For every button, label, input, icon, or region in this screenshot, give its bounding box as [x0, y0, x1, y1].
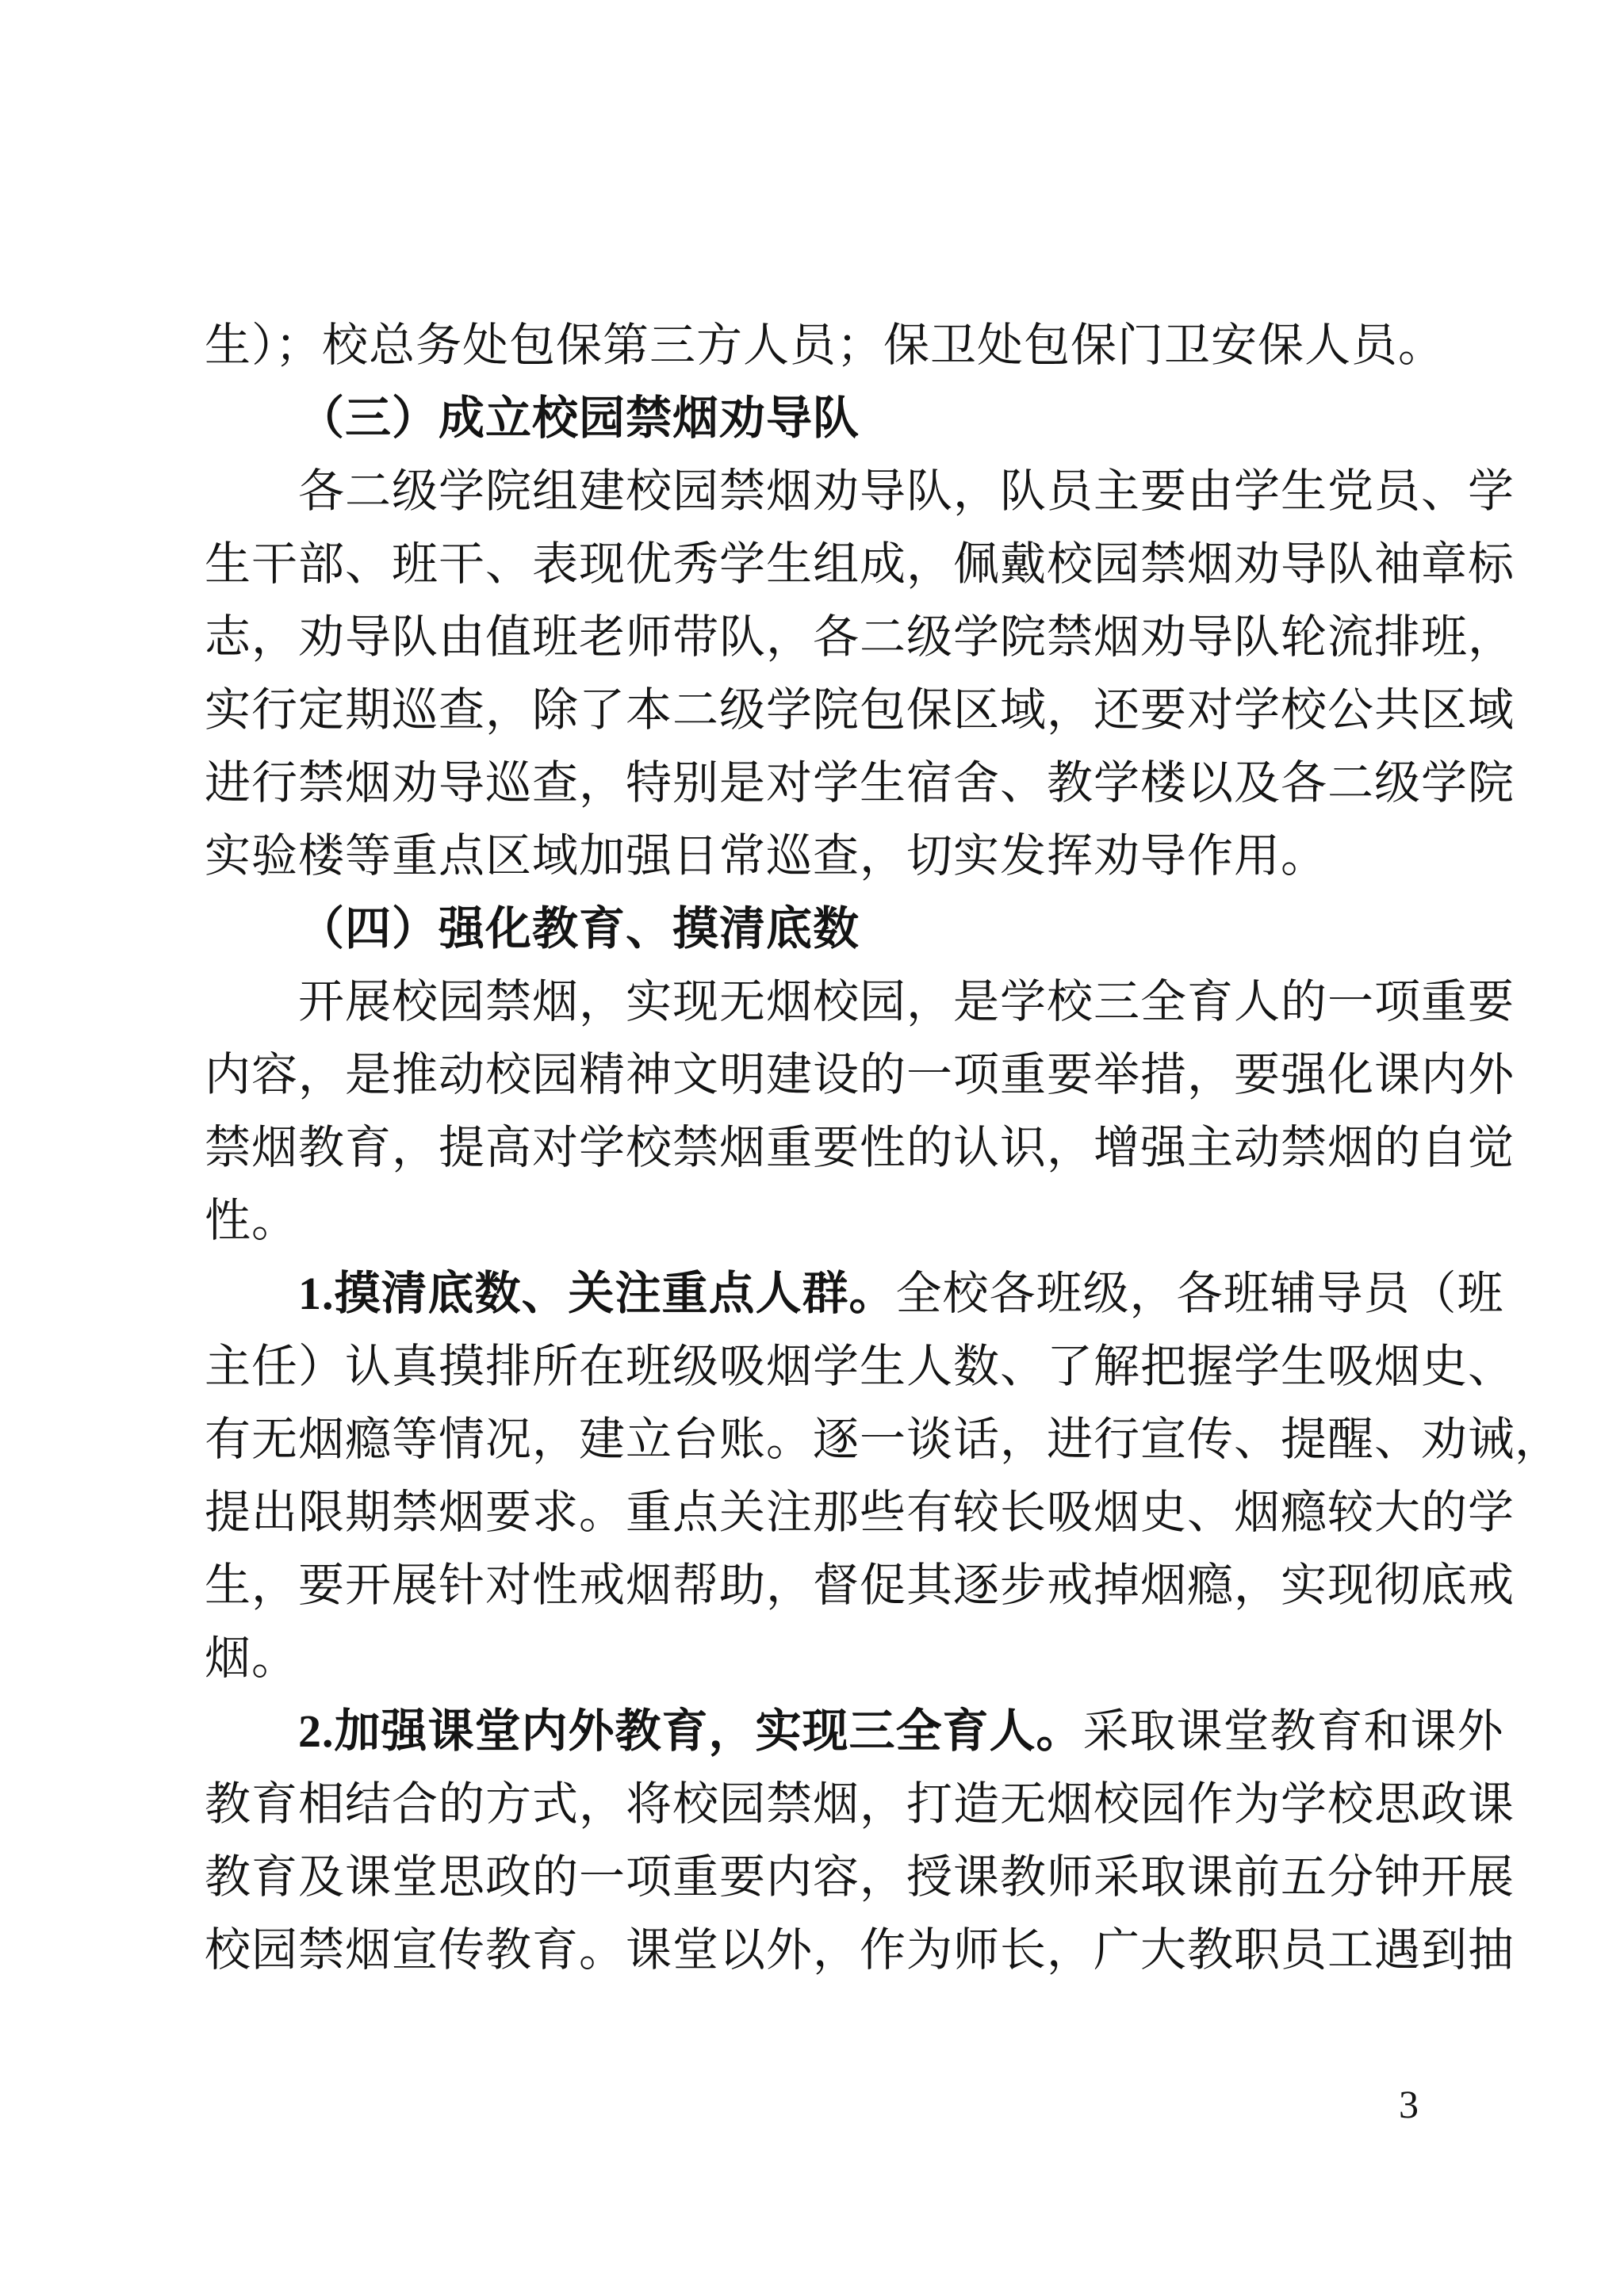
- text-line: 性。: [205, 1184, 1537, 1257]
- text-line-numbered-2: 2.加强课堂内外教育，实现三全育人。采取课堂教育和课外: [205, 1695, 1537, 1768]
- page-number: 3: [1399, 2080, 1419, 2128]
- text-line: 各二级学院组建校园禁烟劝导队，队员主要由学生党员、学: [205, 455, 1537, 528]
- text-line: 教育相结合的方式，将校园禁烟，打造无烟校园作为学校思政课: [205, 1768, 1537, 1841]
- document-page: 生）；校总务处包保第三方人员；保卫处包保门卫安保人员。 （三）成立校园禁烟劝导队…: [0, 0, 1624, 2296]
- section-heading-4: （四）强化教育、摸清底数: [205, 893, 1537, 966]
- bold-lead: 1.摸清底数、关注重点人群。: [298, 1268, 896, 1319]
- text-line: 内容，是推动校园精神文明建设的一项重要举措，要强化课内外: [205, 1039, 1537, 1112]
- bold-lead: 2.加强课堂内外教育，实现三全育人。: [298, 1705, 1083, 1757]
- text-line: 生，要开展针对性戒烟帮助，督促其逐步戒掉烟瘾，实现彻底戒: [205, 1549, 1537, 1622]
- text-line: 提出限期禁烟要求。重点关注那些有较长吸烟史、烟瘾较大的学: [205, 1476, 1537, 1549]
- text-line: 校园禁烟宣传教育。课堂以外，作为师长，广大教职员工遇到抽: [205, 1914, 1537, 1987]
- text-line-numbered-1: 1.摸清底数、关注重点人群。全校各班级，各班辅导员（班: [205, 1257, 1537, 1330]
- text-line: 实验楼等重点区域加强日常巡查，切实发挥劝导作用。: [205, 820, 1537, 893]
- line-text: 采取课堂教育和课外: [1083, 1705, 1504, 1757]
- document-text: 生）；校总务处包保第三方人员；保卫处包保门卫安保人员。 （三）成立校园禁烟劝导队…: [205, 309, 1537, 1987]
- line-text: 全校各班级，各班辅导员（班: [896, 1268, 1504, 1319]
- text-line: 禁烟教育，提高对学校禁烟重要性的认识，增强主动禁烟的自觉: [205, 1112, 1537, 1184]
- text-line: 主任）认真摸排所在班级吸烟学生人数、了解把握学生吸烟史、: [205, 1330, 1537, 1403]
- text-line: 实行定期巡查，除了本二级学院包保区域，还要对学校公共区域: [205, 674, 1537, 747]
- text-line: 生）；校总务处包保第三方人员；保卫处包保门卫安保人员。: [205, 309, 1537, 382]
- section-heading-3: （三）成立校园禁烟劝导队: [205, 382, 1537, 455]
- text-line: 烟。: [205, 1622, 1537, 1695]
- text-line: 进行禁烟劝导巡查，特别是对学生宿舍、教学楼以及各二级学院: [205, 747, 1537, 820]
- text-line: 教育及课堂思政的一项重要内容，授课教师采取课前五分钟开展: [205, 1841, 1537, 1914]
- text-line: 有无烟瘾等情况，建立台账。逐一谈话，进行宣传、提醒、劝诫，: [205, 1403, 1537, 1476]
- text-line: 开展校园禁烟，实现无烟校园，是学校三全育人的一项重要: [205, 966, 1537, 1039]
- text-line: 生干部、班干、表现优秀学生组成，佩戴校园禁烟劝导队袖章标: [205, 528, 1537, 601]
- text-line: 志，劝导队由值班老师带队，各二级学院禁烟劝导队轮流排班，: [205, 601, 1537, 674]
